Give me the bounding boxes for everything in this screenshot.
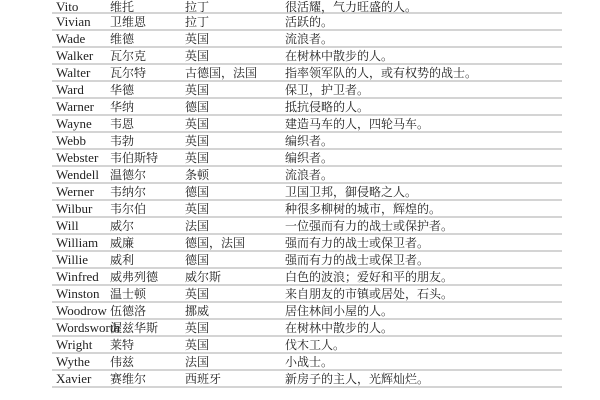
english-name-cell: Vivian bbox=[56, 14, 91, 30]
table-row: Webster韦伯斯特英国编织者。 bbox=[52, 150, 562, 167]
origin-cell: 英国 bbox=[185, 48, 209, 64]
origin-cell: 英国 bbox=[185, 320, 209, 336]
meaning-cell: 建造马车的人，四轮马车。 bbox=[285, 116, 429, 132]
meaning-cell: 很活耀，气力旺盛的人。 bbox=[285, 0, 417, 15]
meaning-cell: 保卫，护卫者。 bbox=[285, 82, 369, 98]
meaning-cell: 指率领军队的人，或有权势的战士。 bbox=[285, 65, 477, 81]
table-row: Wilbur韦尔伯英国种很多柳树的城市，辉煌的。 bbox=[52, 201, 562, 218]
english-name-cell: Wendell bbox=[56, 167, 99, 183]
meaning-cell: 强而有力的战士或保卫者。 bbox=[285, 235, 429, 251]
english-name-cell: Wright bbox=[56, 337, 92, 353]
english-name-cell: Vito bbox=[56, 0, 78, 15]
table-row: Xavier赛维尔西班牙新房子的主人，光辉灿烂。 bbox=[52, 371, 562, 388]
meaning-cell: 抵抗侵略的人。 bbox=[285, 99, 369, 115]
origin-cell: 法国 bbox=[185, 354, 209, 370]
table-row: Wordsworth渥兹华斯英国在树林中散步的人。 bbox=[52, 320, 562, 337]
chinese-name-cell: 渥兹华斯 bbox=[110, 320, 158, 336]
origin-cell: 德国 bbox=[185, 184, 209, 200]
table-row: Warner华纳德国抵抗侵略的人。 bbox=[52, 99, 562, 116]
chinese-name-cell: 莱特 bbox=[110, 337, 134, 353]
english-name-cell: Wade bbox=[56, 31, 85, 47]
meaning-cell: 在树林中散步的人。 bbox=[285, 48, 393, 64]
table-row: Wright莱特英国伐木工人。 bbox=[52, 337, 562, 354]
table-row: Webb韦勃英国编织者。 bbox=[52, 133, 562, 150]
english-name-cell: Ward bbox=[56, 82, 84, 98]
chinese-name-cell: 温士顿 bbox=[110, 286, 146, 302]
chinese-name-cell: 韦勃 bbox=[110, 133, 134, 149]
table-row: Wendell温德尔条顿流浪者。 bbox=[52, 167, 562, 184]
chinese-name-cell: 瓦尔克 bbox=[110, 48, 146, 64]
meaning-cell: 流浪者。 bbox=[285, 31, 333, 47]
table-row: Winfred威弗列德威尔斯白色的波浪；爱好和平的朋友。 bbox=[52, 269, 562, 286]
table-row: Will威尔法国一位强而有力的战士或保护者。 bbox=[52, 218, 562, 235]
table-row: Willie威利德国强而有力的战士或保卫者。 bbox=[52, 252, 562, 269]
chinese-name-cell: 温德尔 bbox=[110, 167, 146, 183]
table-row: Woodrow伍德洛挪威居住林间小屋的人。 bbox=[52, 303, 562, 320]
origin-cell: 德国 bbox=[185, 99, 209, 115]
chinese-name-cell: 维德 bbox=[110, 31, 134, 47]
origin-cell: 德国，法国 bbox=[185, 235, 245, 251]
table-row: Werner韦纳尔德国卫国卫邦，御侵略之人。 bbox=[52, 184, 562, 201]
chinese-name-cell: 韦纳尔 bbox=[110, 184, 146, 200]
english-name-cell: Xavier bbox=[56, 371, 91, 387]
chinese-name-cell: 赛维尔 bbox=[110, 371, 146, 387]
origin-cell: 法国 bbox=[185, 218, 209, 234]
meaning-cell: 编织者。 bbox=[285, 133, 333, 149]
table-row: Ward华德英国保卫，护卫者。 bbox=[52, 82, 562, 99]
meaning-cell: 在树林中散步的人。 bbox=[285, 320, 393, 336]
meaning-cell: 伐木工人。 bbox=[285, 337, 345, 353]
chinese-name-cell: 华德 bbox=[110, 82, 134, 98]
chinese-name-cell: 威尔 bbox=[110, 218, 134, 234]
origin-cell: 英国 bbox=[185, 201, 209, 217]
table-row-cutoff bbox=[52, 388, 562, 400]
english-name-cell: Woodrow bbox=[56, 303, 107, 319]
origin-cell: 英国 bbox=[185, 286, 209, 302]
chinese-name-cell: 威廉 bbox=[110, 235, 134, 251]
english-name-cell: Winston bbox=[56, 286, 100, 302]
english-name-cell: Walter bbox=[56, 65, 90, 81]
meaning-cell: 新房子的主人，光辉灿烂。 bbox=[285, 371, 429, 387]
chinese-name-cell: 卫维恩 bbox=[110, 14, 146, 30]
origin-cell: 德国 bbox=[185, 252, 209, 268]
table-row: Vivian卫维恩拉丁活跃的。 bbox=[52, 14, 562, 31]
origin-cell: 拉丁 bbox=[185, 14, 209, 30]
english-name-cell: Wythe bbox=[56, 354, 90, 370]
origin-cell: 威尔斯 bbox=[185, 269, 221, 285]
table-row: Wade维德英国流浪者。 bbox=[52, 31, 562, 48]
meaning-cell: 种很多柳树的城市，辉煌的。 bbox=[285, 201, 441, 217]
names-table: Vito维托拉丁很活耀，气力旺盛的人。Vivian卫维恩拉丁活跃的。Wade维德… bbox=[52, 0, 562, 400]
origin-cell: 英国 bbox=[185, 150, 209, 166]
origin-cell: 拉丁 bbox=[185, 0, 209, 15]
chinese-name-cell: 韦伯斯特 bbox=[110, 150, 158, 166]
english-name-cell: Willie bbox=[56, 252, 88, 268]
origin-cell: 古德国，法国 bbox=[185, 65, 257, 81]
origin-cell: 挪威 bbox=[185, 303, 209, 319]
chinese-name-cell: 韦尔伯 bbox=[110, 201, 146, 217]
meaning-cell: 流浪者。 bbox=[285, 167, 333, 183]
meaning-cell: 居住林间小屋的人。 bbox=[285, 303, 393, 319]
meaning-cell: 白色的波浪；爱好和平的朋友。 bbox=[285, 269, 453, 285]
chinese-name-cell: 韦恩 bbox=[110, 116, 134, 132]
english-name-cell: Will bbox=[56, 218, 79, 234]
chinese-name-cell: 维托 bbox=[110, 0, 134, 15]
english-name-cell: Werner bbox=[56, 184, 94, 200]
meaning-cell: 卫国卫邦，御侵略之人。 bbox=[285, 184, 417, 200]
meaning-cell: 强而有力的战士或保卫者。 bbox=[285, 252, 429, 268]
chinese-name-cell: 伍德洛 bbox=[110, 303, 146, 319]
origin-cell: 英国 bbox=[185, 82, 209, 98]
table-row: Wayne韦恩英国建造马车的人，四轮马车。 bbox=[52, 116, 562, 133]
english-name-cell: Walker bbox=[56, 48, 93, 64]
meaning-cell: 一位强而有力的战士或保护者。 bbox=[285, 218, 453, 234]
table-row: William威廉德国，法国强而有力的战士或保卫者。 bbox=[52, 235, 562, 252]
english-name-cell: Webster bbox=[56, 150, 98, 166]
meaning-cell: 小战士。 bbox=[285, 354, 333, 370]
table-row: Wythe伟兹法国小战士。 bbox=[52, 354, 562, 371]
english-name-cell: Wilbur bbox=[56, 201, 92, 217]
meaning-cell: 来自朋友的市镇或居处，石头。 bbox=[285, 286, 453, 302]
origin-cell: 条顿 bbox=[185, 167, 209, 183]
origin-cell: 英国 bbox=[185, 31, 209, 47]
english-name-cell: Warner bbox=[56, 99, 94, 115]
english-name-cell: William bbox=[56, 235, 98, 251]
origin-cell: 西班牙 bbox=[185, 371, 221, 387]
document-page: Vito维托拉丁很活耀，气力旺盛的人。Vivian卫维恩拉丁活跃的。Wade维德… bbox=[0, 0, 600, 400]
meaning-cell: 编织者。 bbox=[285, 150, 333, 166]
chinese-name-cell: 威利 bbox=[110, 252, 134, 268]
english-name-cell: Winfred bbox=[56, 269, 99, 285]
table-row: Walker瓦尔克英国在树林中散步的人。 bbox=[52, 48, 562, 65]
english-name-cell: Webb bbox=[56, 133, 86, 149]
chinese-name-cell: 华纳 bbox=[110, 99, 134, 115]
chinese-name-cell: 伟兹 bbox=[110, 354, 134, 370]
table-row: Walter瓦尔特古德国，法国指率领军队的人，或有权势的战士。 bbox=[52, 65, 562, 82]
table-row: Winston温士顿英国来自朋友的市镇或居处，石头。 bbox=[52, 286, 562, 303]
english-name-cell: Wayne bbox=[56, 116, 92, 132]
meaning-cell: 活跃的。 bbox=[285, 14, 333, 30]
origin-cell: 英国 bbox=[185, 133, 209, 149]
chinese-name-cell: 威弗列德 bbox=[110, 269, 158, 285]
table-row: Vito维托拉丁很活耀，气力旺盛的人。 bbox=[52, 0, 562, 14]
chinese-name-cell: 瓦尔特 bbox=[110, 65, 146, 81]
origin-cell: 英国 bbox=[185, 337, 209, 353]
origin-cell: 英国 bbox=[185, 116, 209, 132]
